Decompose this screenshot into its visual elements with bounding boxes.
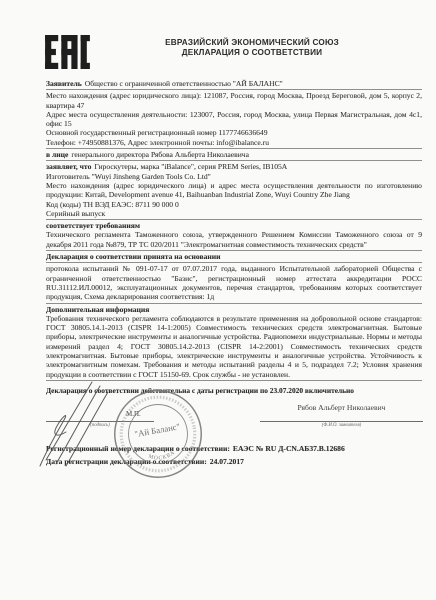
- basis-section: Декларация о соответствии принята на осн…: [46, 252, 422, 303]
- tnved-code-line: Код (коды) ТН ВЭД ЕАЭС: 8711 90 000 0: [46, 200, 422, 209]
- applicant-name: Общество с ограниченной ответственностью…: [85, 79, 283, 88]
- product-section: заявляет, чтоГироскутеры, марка "iBalanc…: [46, 162, 422, 220]
- compliance-text: Технического регламента Таможенного союз…: [46, 230, 422, 251]
- signature-block: Декларация о соответствии действительна …: [46, 386, 422, 466]
- additional-info-heading: Дополнительная информация: [46, 305, 422, 314]
- doc-title: ДЕКЛАРАЦИЯ О СООТВЕТСТВИИ: [90, 48, 414, 58]
- svg-text:МОСКВА: МОСКВА: [147, 449, 178, 464]
- compliance-heading: соответствует требованиям: [46, 221, 422, 230]
- applicant-activity-address: Адрес места осуществления деятельности: …: [46, 110, 422, 129]
- applicant-section: ЗаявительОбщество с ограниченной ответст…: [46, 79, 422, 149]
- product-line: заявляет, чтоГироскутеры, марка "iBalanc…: [46, 162, 422, 171]
- registration-date-value: 24.07.2017: [210, 457, 244, 466]
- basis-text: протокола испытаний № 091-07-17 от 07.07…: [46, 264, 422, 303]
- document-header: ЕВРАЗИЙСКИЙ ЭКОНОМИЧЕСКИЙ СОЮЗ ДЕКЛАРАЦИ…: [0, 0, 436, 69]
- manufacturer-address: Место нахождения (адрес юридического лиц…: [46, 181, 422, 200]
- declares-label: заявляет, что: [46, 162, 91, 171]
- eac-mark-logo: [45, 35, 90, 69]
- applicant-ogrn: Основной государственный регистрационный…: [46, 128, 422, 137]
- additional-info-text: Требования технического регламента соблю…: [46, 314, 422, 381]
- basis-heading: Декларация о соответствии принята на осн…: [46, 252, 422, 263]
- applicant-legal-address: Место нахождения (адрес юридического лиц…: [46, 91, 422, 110]
- applicant-label: Заявитель: [46, 79, 82, 88]
- company-seal: МОСКВА "Ай Баланс": [105, 381, 212, 488]
- name-caption: (Ф.И.О. заявителя): [260, 423, 423, 428]
- name-line: [260, 421, 423, 422]
- additional-info-section: Дополнительная информация Требования тех…: [46, 305, 422, 381]
- release-type-line: Серийный выпуск: [46, 209, 422, 220]
- signer-name: Рябов Альберт Николаевич: [260, 403, 423, 412]
- union-name: ЕВРАЗИЙСКИЙ ЭКОНОМИЧЕСКИЙ СОЮЗ: [90, 38, 414, 48]
- header-titles: ЕВРАЗИЙСКИЙ ЭКОНОМИЧЕСКИЙ СОЮЗ ДЕКЛАРАЦИ…: [90, 38, 414, 58]
- declaration-document: ЕВРАЗИЙСКИЙ ЭКОНОМИЧЕСКИЙ СОЮЗ ДЕКЛАРАЦИ…: [0, 0, 436, 600]
- document-body: ЗаявительОбщество с ограниченной ответст…: [0, 69, 436, 466]
- representative-label: в лице: [46, 150, 68, 159]
- product-name: Гироскутеры, марка "iBalance", серия PRE…: [94, 162, 287, 171]
- registration-number-value: ЕАЭС № RU Д-CN.АБ37.В.12686: [233, 444, 345, 453]
- seal-center-text: "Ай Баланс": [134, 421, 182, 439]
- representative-line: в лицегенерального директора Рябова Альб…: [46, 150, 422, 161]
- applicant-contacts: Телефон: +74950881376, Адрес электронной…: [46, 138, 422, 149]
- compliance-section: соответствует требованиям Технического р…: [46, 221, 422, 251]
- seal-city-text: МОСКВА: [147, 449, 178, 464]
- manufacturer-line: Изготовитель "Wuyi Jinsheng Garden Tools…: [46, 172, 422, 181]
- representative-text: генерального директора Рябова Альберта Н…: [71, 150, 249, 159]
- applicant-line: ЗаявительОбщество с ограниченной ответст…: [46, 79, 422, 90]
